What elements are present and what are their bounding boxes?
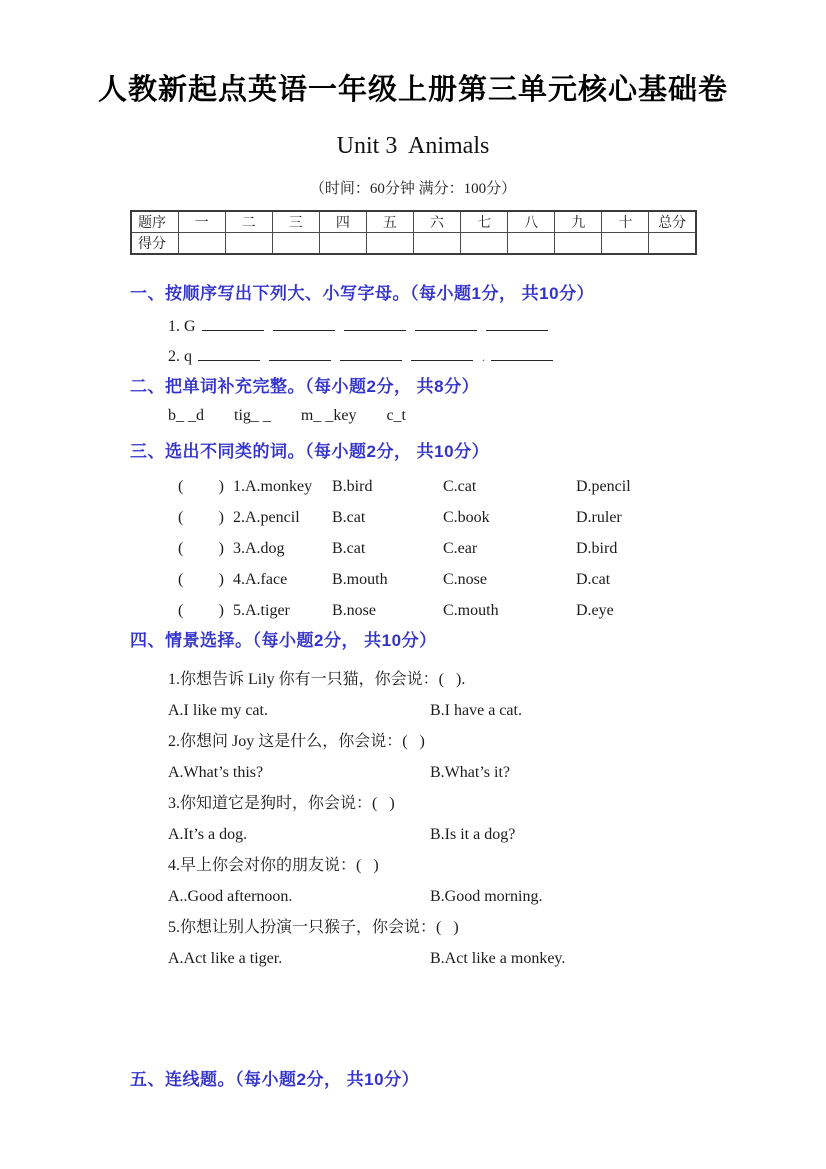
section-4-heading: 四、情景选择。（每小题2分， 共10分） xyxy=(130,631,826,651)
score-cell-empty[interactable] xyxy=(178,233,225,255)
option-c[interactable]: C.cat xyxy=(443,471,576,502)
option-a[interactable]: 3.A.dog xyxy=(233,533,332,564)
section-5-heading: 五、连线题。（每小题2分， 共10分） xyxy=(130,1070,826,1090)
paren-close: ) xyxy=(219,533,224,564)
answer-blank-line[interactable] xyxy=(415,316,477,331)
paren-open: ( xyxy=(178,502,183,533)
answer-blank-line[interactable] xyxy=(344,316,406,331)
score-col-6: 六 xyxy=(413,211,460,233)
paren-open: ( xyxy=(178,595,183,626)
option-a[interactable]: 5.A.tiger xyxy=(233,595,332,626)
option-d[interactable]: D.pencil xyxy=(576,471,826,502)
paren-close: ) xyxy=(219,502,224,533)
option-b[interactable]: B.cat xyxy=(332,533,443,564)
paren-close: ) xyxy=(219,471,224,502)
option-b[interactable]: B.bird xyxy=(332,471,443,502)
answer-paren[interactable]: () xyxy=(178,533,224,564)
page-title: 人教新起点英语一年级上册第三单元核心基础卷 xyxy=(0,74,826,107)
situational-answers-5: A.Act like a tiger. B.Act like a monkey. xyxy=(168,943,826,974)
answer-blank-line[interactable] xyxy=(411,346,473,361)
score-col-3: 三 xyxy=(272,211,319,233)
situational-question-2: 2.你想问 Joy 这是什么，你会说：( ) xyxy=(168,726,826,757)
option-a[interactable]: A.What’s this? xyxy=(168,764,263,781)
word-blank-monkey[interactable]: m_ _key xyxy=(301,406,357,426)
situational-question-5: 5.你想让别人扮演一只猴子，你会说：( ) xyxy=(168,912,826,943)
situational-question-3: 3.你知道它是狗时，你会说：( ) xyxy=(168,788,826,819)
option-a[interactable]: 4.A.face xyxy=(233,564,332,595)
option-a[interactable]: A.I like my cat. xyxy=(168,702,268,719)
option-d[interactable]: D.ruler xyxy=(576,502,826,533)
option-a[interactable]: 1.A.monkey xyxy=(233,471,332,502)
score-cell-empty[interactable] xyxy=(602,233,649,255)
choice-row-3: () 3.A.dog B.cat C.ear D.bird xyxy=(178,533,826,564)
time-score-meta: （时间：60分钟 满分：100分） xyxy=(0,181,826,198)
answer-paren[interactable]: () xyxy=(178,471,224,502)
option-a[interactable]: A.Act like a tiger. xyxy=(168,950,282,967)
score-col-1: 一 xyxy=(178,211,225,233)
score-col-5: 五 xyxy=(366,211,413,233)
section-1-heading: 一、按顺序写出下列大、小写字母。（每小题1分， 共10分） xyxy=(130,284,826,304)
option-b[interactable]: B.nose xyxy=(332,595,443,626)
score-cell-empty[interactable] xyxy=(461,233,508,255)
word-blank-cat[interactable]: c_t xyxy=(386,406,406,426)
answer-blank-line[interactable] xyxy=(273,316,335,331)
answer-blank-line[interactable] xyxy=(269,346,331,361)
choice-row-5: () 5.A.tiger B.nose C.mouth D.eye xyxy=(178,595,826,626)
situational-answers-4: A..Good afternoon. B.Good morning. xyxy=(168,881,826,912)
answer-paren[interactable]: () xyxy=(178,595,224,626)
score-table-label-score: 得分 xyxy=(131,233,178,255)
option-a[interactable]: 2.A.pencil xyxy=(233,502,332,533)
option-b[interactable]: B.mouth xyxy=(332,564,443,595)
option-a[interactable]: A.It’s a dog. xyxy=(168,826,247,843)
score-table: 题序 一 二 三 四 五 六 七 八 九 十 总分 得分 xyxy=(130,210,697,255)
situational-question-4: 4.早上你会对你的朋友说：( ) xyxy=(168,850,826,881)
score-cell-empty[interactable] xyxy=(366,233,413,255)
option-d[interactable]: D.bird xyxy=(576,533,826,564)
score-cell-empty[interactable] xyxy=(319,233,366,255)
letter-row-lowercase: 2. q. xyxy=(168,346,826,368)
word-blank-tiger[interactable]: tig_ _ xyxy=(234,406,271,426)
letter-row-uppercase: 1. G xyxy=(168,316,826,338)
score-col-4: 四 xyxy=(319,211,366,233)
letter-row-1-prefix: 1. G xyxy=(168,316,196,338)
answer-blank-line[interactable] xyxy=(198,346,260,361)
option-c[interactable]: C.ear xyxy=(443,533,576,564)
answer-blank-line[interactable] xyxy=(486,316,548,331)
option-b[interactable]: B.Is it a dog? xyxy=(430,819,515,850)
score-cell-empty[interactable] xyxy=(649,233,696,255)
paren-open: ( xyxy=(178,471,183,502)
option-b[interactable]: B.Act like a monkey. xyxy=(430,943,565,974)
option-b[interactable]: B.cat xyxy=(332,502,443,533)
paren-open: ( xyxy=(178,533,183,564)
score-col-10: 十 xyxy=(602,211,649,233)
score-table-label-question-order: 题序 xyxy=(131,211,178,233)
choice-row-4: () 4.A.face B.mouth C.nose D.cat xyxy=(178,564,826,595)
letter-row-2-prefix: 2. q xyxy=(168,346,192,368)
score-cell-empty[interactable] xyxy=(272,233,319,255)
paren-close: ) xyxy=(219,595,224,626)
paren-open: ( xyxy=(178,564,183,595)
score-col-total: 总分 xyxy=(649,211,696,233)
option-c[interactable]: C.book xyxy=(443,502,576,533)
score-cell-empty[interactable] xyxy=(508,233,555,255)
situational-question-1: 1.你想告诉 Lily 你有一只猫，你会说：( ). xyxy=(168,664,826,695)
option-c[interactable]: C.nose xyxy=(443,564,576,595)
option-b[interactable]: B.What’s it? xyxy=(430,757,510,788)
option-d[interactable]: D.cat xyxy=(576,564,826,595)
option-b[interactable]: B.Good morning. xyxy=(430,881,542,912)
option-b[interactable]: B.I have a cat. xyxy=(430,695,522,726)
choice-row-2: () 2.A.pencil B.cat C.book D.ruler xyxy=(178,502,826,533)
option-c[interactable]: C.mouth xyxy=(443,595,576,626)
situational-answers-1: A.I like my cat. B.I have a cat. xyxy=(168,695,826,726)
score-cell-empty[interactable] xyxy=(413,233,460,255)
answer-blank-line[interactable] xyxy=(340,346,402,361)
section-2-heading: 二、把单词补充完整。（每小题2分， 共8分） xyxy=(130,377,826,397)
test-paper-page: 人教新起点英语一年级上册第三单元核心基础卷 Unit 3 Animals （时间… xyxy=(0,0,826,1169)
score-col-7: 七 xyxy=(461,211,508,233)
option-a[interactable]: A..Good afternoon. xyxy=(168,888,292,905)
answer-paren[interactable]: () xyxy=(178,502,224,533)
score-col-9: 九 xyxy=(555,211,602,233)
score-cell-empty[interactable] xyxy=(555,233,602,255)
score-table-header-row: 题序 一 二 三 四 五 六 七 八 九 十 总分 xyxy=(131,211,696,233)
section-3-heading: 三、选出不同类的词。（每小题2分， 共10分） xyxy=(130,442,826,462)
situational-answers-2: A.What’s this? B.What’s it? xyxy=(168,757,826,788)
score-col-2: 二 xyxy=(225,211,272,233)
word-completion-row: b_ _d tig_ _ m_ _key c_t xyxy=(168,406,826,426)
paren-close: ) xyxy=(219,564,224,595)
unit-subtitle: Unit 3 Animals xyxy=(0,133,826,160)
answer-blank-line[interactable] xyxy=(491,346,553,361)
situational-answers-3: A.It’s a dog. B.Is it a dog? xyxy=(168,819,826,850)
score-col-8: 八 xyxy=(508,211,555,233)
answer-blank-line[interactable] xyxy=(202,316,264,331)
odd-one-out-list: () 1.A.monkey B.bird C.cat D.pencil () 2… xyxy=(0,471,826,626)
word-blank-bird[interactable]: b_ _d xyxy=(168,406,204,426)
choice-row-1: () 1.A.monkey B.bird C.cat D.pencil xyxy=(178,471,826,502)
option-d[interactable]: D.eye xyxy=(576,595,826,626)
answer-paren[interactable]: () xyxy=(178,564,224,595)
score-table-score-row: 得分 xyxy=(131,233,696,255)
stray-dot-mark: . xyxy=(482,346,486,368)
score-cell-empty[interactable] xyxy=(225,233,272,255)
